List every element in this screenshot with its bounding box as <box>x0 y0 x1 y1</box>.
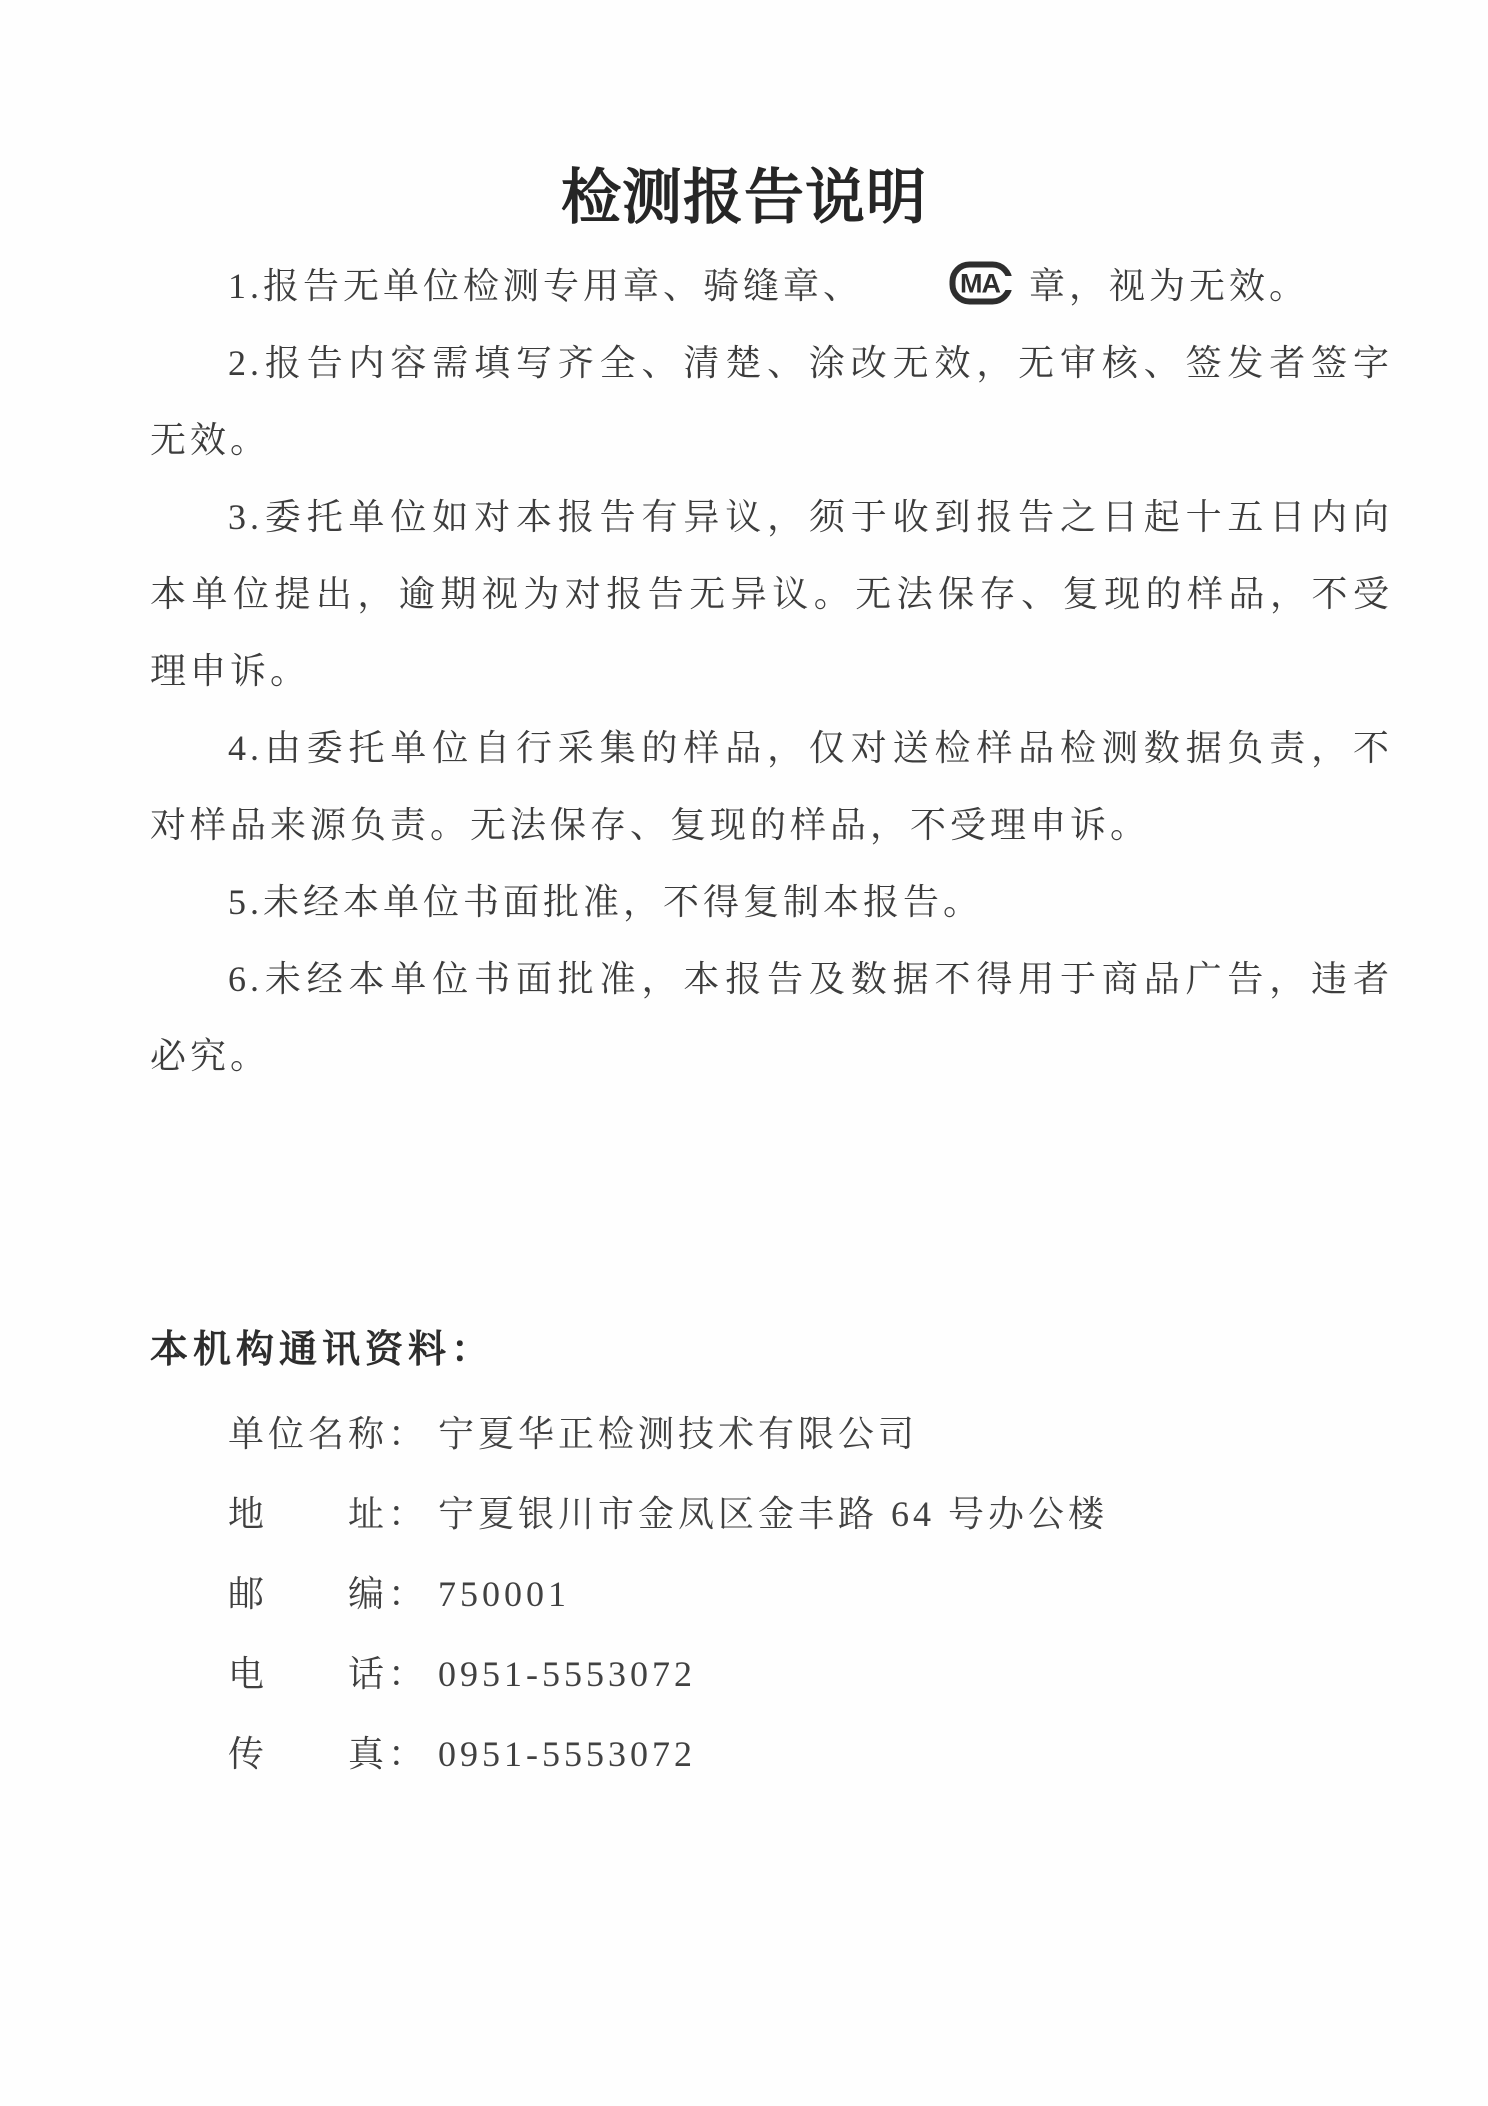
note-line-1: 1.报告无单位检测专用章、骑缝章、 MA 章，视为无效。 <box>150 248 1393 325</box>
note-line-8: 对样品来源负责。无法保存、复现的样品，不受理申诉。 <box>150 787 1393 864</box>
contact-row-fax: 传 真：0951-5553072 <box>150 1714 1393 1794</box>
contact-row-company-name: 单位名称：宁夏华正检测技术有限公司 <box>150 1394 1393 1474</box>
contact-row-address: 地 址：宁夏银川市金凤区金丰路 64 号办公楼 <box>150 1474 1393 1554</box>
scanned-report-notes-page: 检测报告说明 1.报告无单位检测专用章、骑缝章、 MA 章，视为无效。 2.报告… <box>0 0 1488 2106</box>
note-line-6: 理申诉。 <box>150 633 1393 710</box>
address-value: 宁夏银川市金凤区金丰路 64 号办公楼 <box>438 1494 1108 1534</box>
phone-label: 电 话： <box>228 1654 428 1694</box>
page-title: 检测报告说明 <box>0 166 1488 230</box>
cma-stamp-text: MA <box>960 269 1000 299</box>
fax-label: 传 真： <box>228 1734 428 1774</box>
contact-row-postcode: 邮 编：750001 <box>150 1554 1393 1634</box>
phone-value: 0951-5553072 <box>438 1654 696 1694</box>
company-name-label: 单位名称： <box>228 1414 428 1454</box>
note-line-4: 3.委托单位如对本报告有异议，须于收到报告之日起十五日内向 <box>150 479 1393 556</box>
contact-section: 本机构通讯资料： 单位名称：宁夏华正检测技术有限公司 地 址：宁夏银川市金凤区金… <box>150 1322 1393 1794</box>
note-line-2: 2.报告内容需填写齐全、清楚、涂改无效，无审核、签发者签字 <box>150 325 1393 402</box>
note-line-7: 4.由委托单位自行采集的样品，仅对送检样品检测数据负责，不 <box>150 710 1393 787</box>
postcode-value: 750001 <box>438 1574 570 1614</box>
notes-section: 1.报告无单位检测专用章、骑缝章、 MA 章，视为无效。 2.报告内容需填写齐全… <box>150 248 1393 1095</box>
company-name-value: 宁夏华正检测技术有限公司 <box>438 1414 918 1454</box>
cma-accreditation-stamp-icon: MA <box>871 261 1013 305</box>
note-line-3: 无效。 <box>150 402 1393 479</box>
note-line-10: 6.未经本单位书面批准，本报告及数据不得用于商品广告，违者 <box>150 941 1393 1018</box>
postcode-label: 邮 编： <box>228 1574 428 1614</box>
address-label: 地 址： <box>228 1494 428 1534</box>
note-1-text-after-stamp: 章，视为无效。 <box>1029 266 1309 306</box>
note-line-11: 必究。 <box>150 1018 1393 1095</box>
fax-value: 0951-5553072 <box>438 1734 696 1774</box>
contact-heading: 本机构通讯资料： <box>150 1322 1393 1378</box>
contact-row-phone: 电 话：0951-5553072 <box>150 1634 1393 1714</box>
note-1-text-before-stamp: 1.报告无单位检测专用章、骑缝章、 <box>228 266 863 306</box>
note-line-9: 5.未经本单位书面批准，不得复制本报告。 <box>150 864 1393 941</box>
note-line-5: 本单位提出，逾期视为对报告无异议。无法保存、复现的样品，不受 <box>150 556 1393 633</box>
